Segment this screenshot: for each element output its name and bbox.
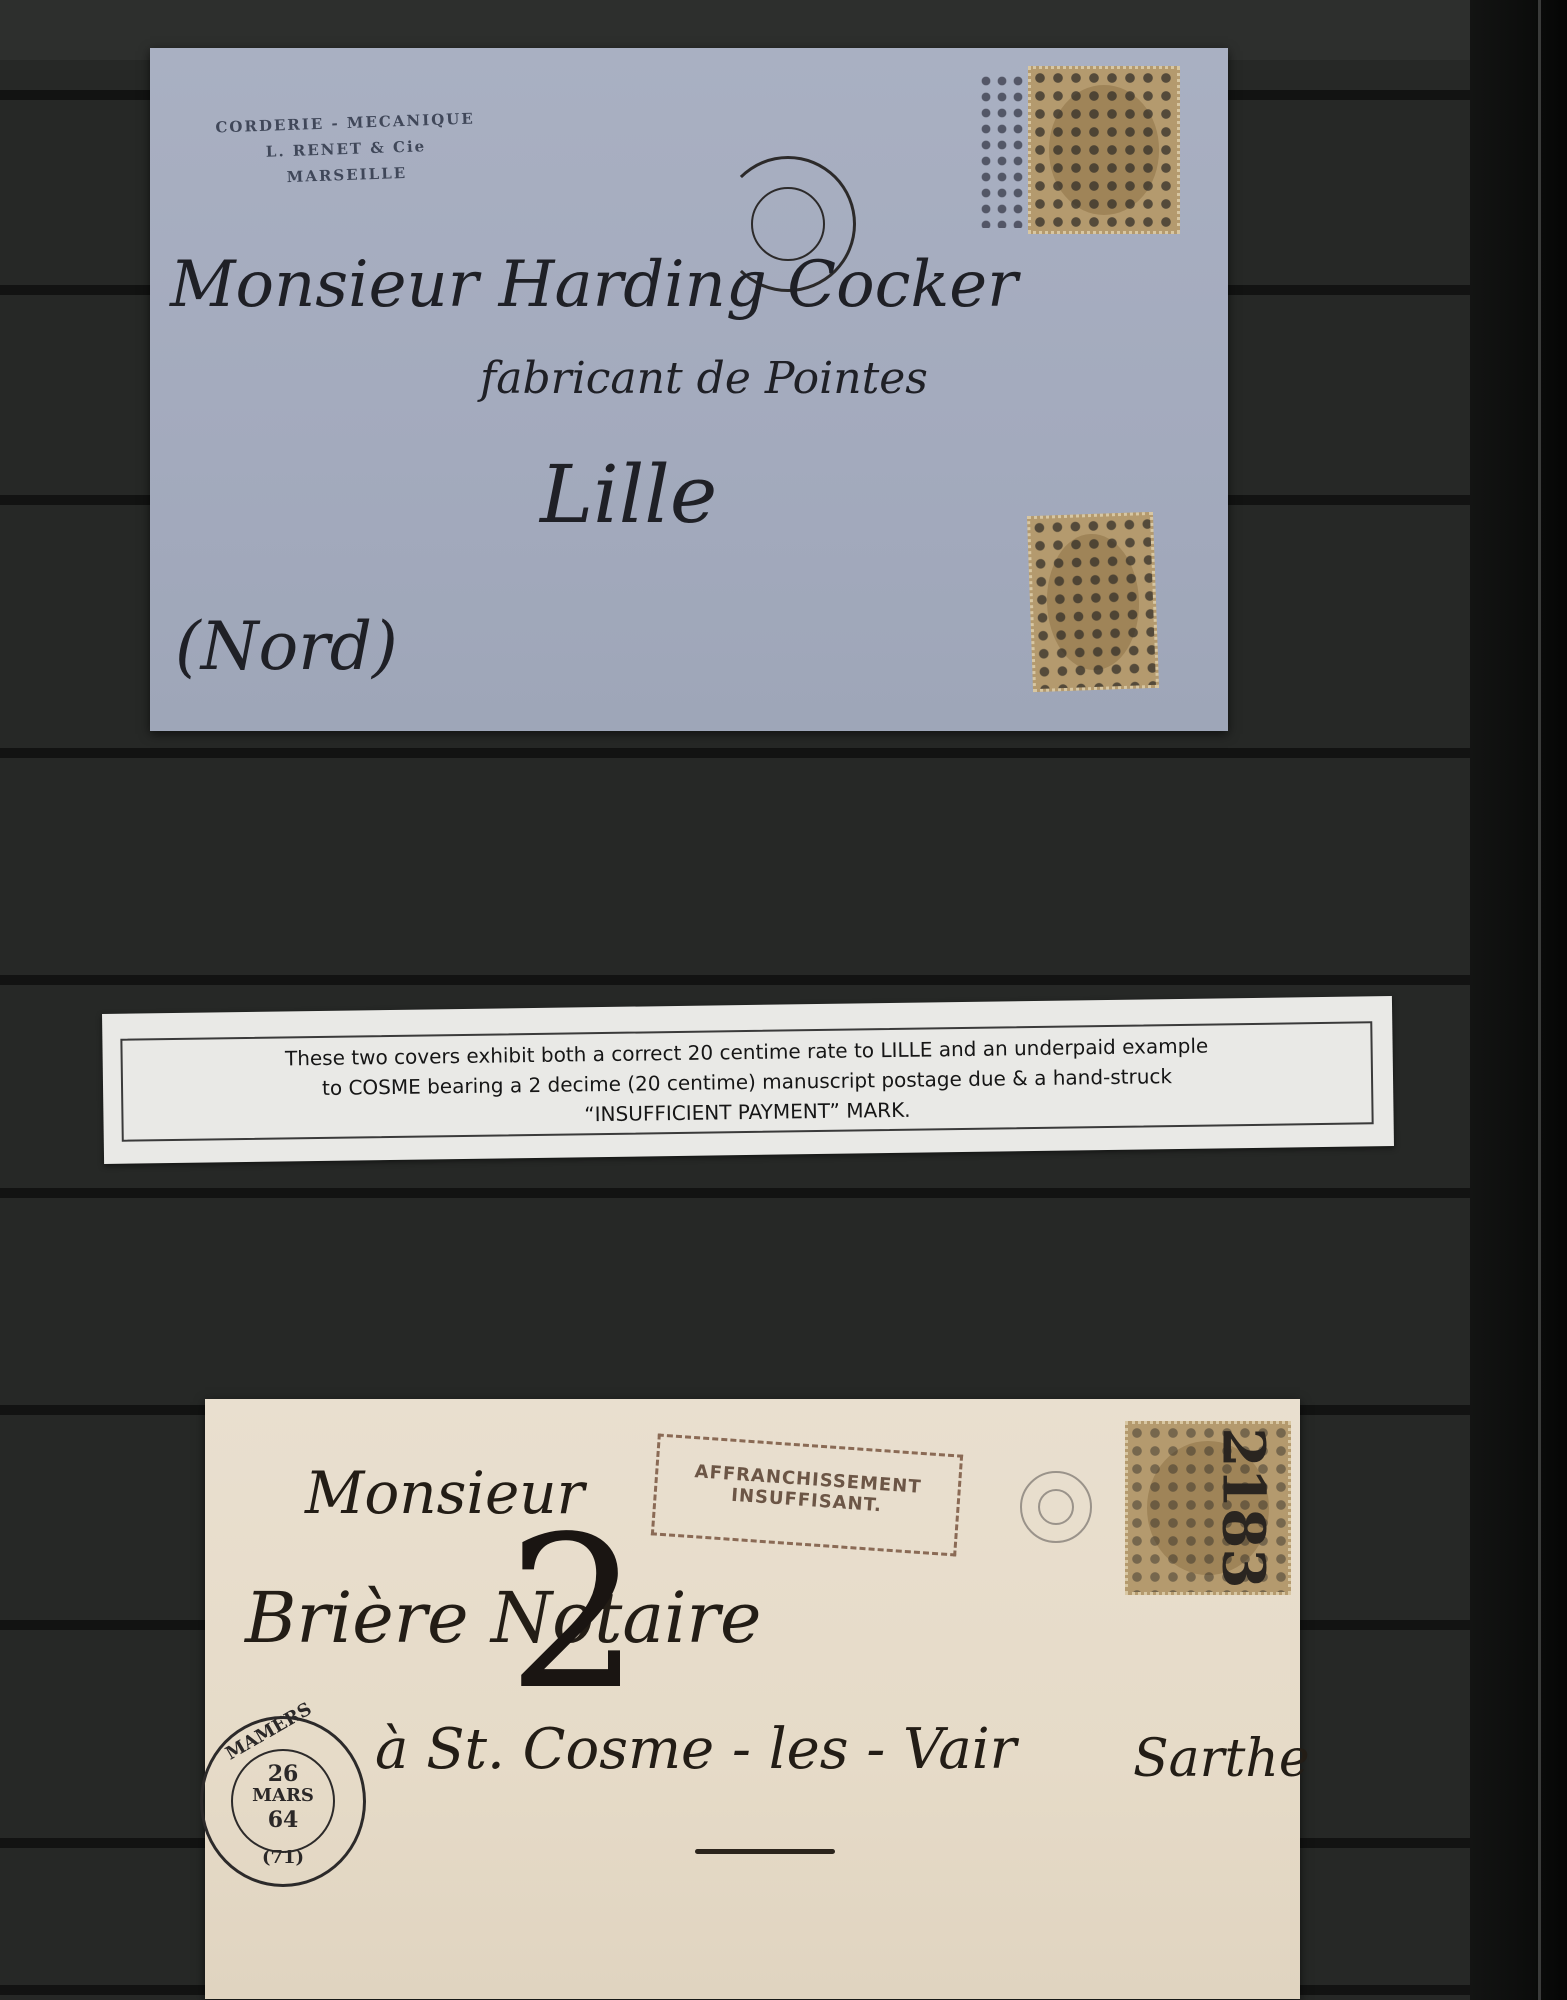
underline-stroke (695, 1849, 835, 1854)
manuscript-postage-due: 2 (507, 1491, 641, 1736)
cover-cosme: AFFRANCHISSEMENT INSUFFISANT. 2183 Monsi… (205, 1399, 1300, 1999)
gc-cancel-number: 2183 (1210, 1427, 1278, 1588)
strip-rail (0, 975, 1490, 985)
exhibit-caption: These two covers exhibit both a correct … (102, 996, 1394, 1164)
address-line: Brière Notaire (245, 1577, 761, 1659)
letterhead-stamp: CORDERIE - MECANIQUE L. RENET & Cie MARS… (185, 104, 508, 193)
address-line: Sarthe (1133, 1729, 1310, 1789)
datestamp-month: MARS (203, 1785, 363, 1806)
mamers-datestamp: MAMERS 26 MARS 64 (71) (200, 1716, 366, 1887)
faint-circle-mark (1020, 1471, 1092, 1543)
address-line: Lille (540, 448, 717, 541)
datestamp-dept: (71) (203, 1847, 363, 1868)
datestamp-year: 64 (203, 1807, 363, 1833)
address-line: à St. Cosme - les - Vair (375, 1717, 1016, 1782)
strip-rail (0, 1188, 1490, 1198)
address-line: fabricant de Pointes (480, 353, 928, 404)
napoleon-stamp-2 (1027, 512, 1159, 692)
datestamp-day: 26 (203, 1761, 363, 1787)
napoleon-10c-stamp: 2183 (1125, 1421, 1291, 1595)
binder-edge (1538, 0, 1541, 2000)
binder-spine (1470, 0, 1567, 2000)
cover-lille: CORDERIE - MECANIQUE L. RENET & Cie MARS… (150, 48, 1228, 731)
address-line: (Nord) (175, 608, 398, 685)
strip-rail (0, 748, 1490, 758)
insufficient-payment-handstamp: AFFRANCHISSEMENT INSUFFISANT. (651, 1433, 963, 1556)
address-line: Monsieur Harding Cocker (170, 248, 1018, 322)
napoleon-stamp-1 (1028, 66, 1180, 234)
caption-line: “INSUFFICIENT PAYMENT” MARK. (584, 1094, 911, 1129)
